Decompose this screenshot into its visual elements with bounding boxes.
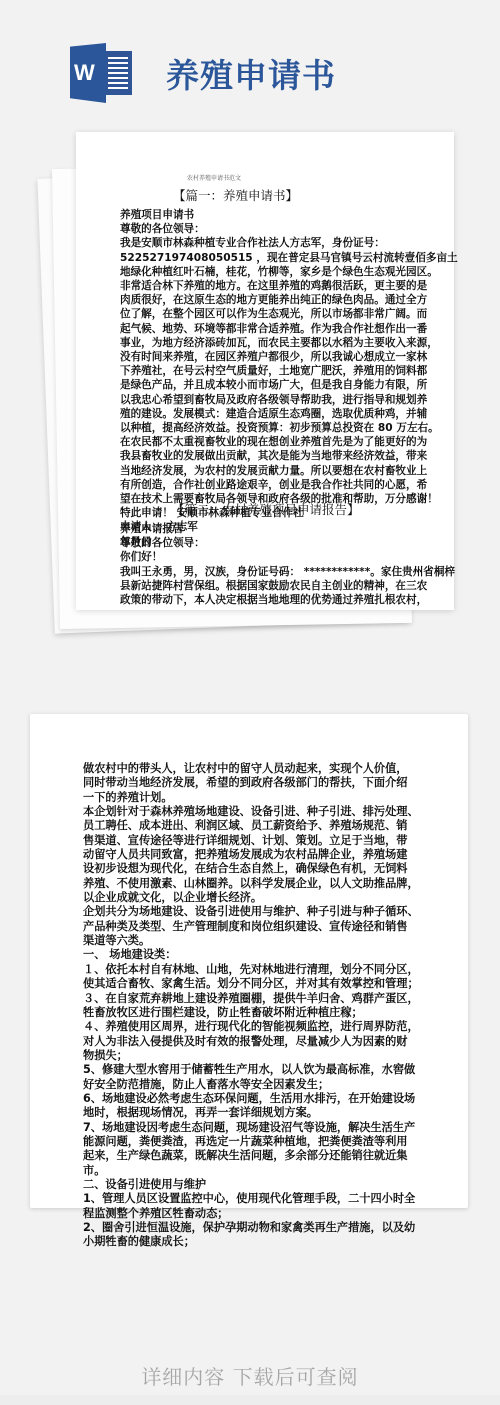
text-line: 起气候、地势、环境等都非常合适养殖。作为我合作社想作出一番 [120, 322, 458, 336]
text-line: 一下的养殖计划。 [83, 791, 419, 805]
text-line: 动留守人员共同致富，把养殖场发展成为农村品牌企业，养殖场建 [83, 848, 419, 862]
text-line: 产品种类及类型、生产管理制度和岗位组织建设、宣传途径和销售 [83, 920, 419, 934]
text-line: 你们好！ [120, 550, 455, 564]
text-line: 在农民都不太重视畜牧业的现在想创业养殖首先是为了能更好的为 [120, 435, 458, 449]
page-title: 养殖申请书 [166, 50, 336, 97]
text-line: ４、养殖使用区周界，进行现代化的智能视频监控，进行周界防范， [83, 1020, 419, 1034]
text-line: 有所创造，合作社创业路途艰辛，创业是我合作社共同的心愿，希 [120, 478, 458, 492]
text-line: 我县畜牧业的发展做出贡献，其次是能为当地带来经济效益，带来 [120, 449, 458, 463]
text-line: 一、 场地建设类： [83, 948, 419, 962]
text-line: 我叫王永勇，男，汉族，身份证号码： ************。家住贵州省桐梓 [120, 565, 455, 579]
text-line: 是绿色产品，并且成本较小而市场广大，但是我自身能力有限，所 [120, 378, 458, 392]
page2-body: 做农村中的带头人，让农村中的留守人员动起来，实现个人价值， 同时带动当地经济发展… [83, 762, 419, 1250]
word-icon-page [104, 51, 132, 95]
text-line: 7、场地建设因考虑生态问题，现场建设沼气等设施，解决生活生产 [83, 1121, 419, 1135]
text-line: 售渠道、宣传途径等进行详细规划、计划、策划。立足于当地，带 [83, 834, 419, 848]
text-line: 位了解，在整个园区可以作为生态观光，所以市场都非常广阔。而 [120, 307, 458, 321]
text-line: 能源问题，粪便粪渣，再选定一片蔬菜种植地，把粪便粪渣等利用 [83, 1135, 419, 1149]
section-title-part2: 【篇二：农村养殖项目申请报告】 [172, 500, 360, 518]
text-line: 物损失； [83, 1049, 419, 1063]
word-icon-cover: W [70, 43, 106, 103]
text-line: 肉质很好，在这原生态的地方更能养出纯正的绿色肉品。通过全方 [120, 293, 458, 307]
text-line: 二、设备引进使用与维护 [83, 1178, 419, 1192]
text-line: 程监测整个养殖区牲畜动态； [83, 1207, 419, 1221]
text-line: 殖的建设。发展模式：建造合适原生态鸡圈，选取优质种鸡，并辅 [120, 407, 458, 421]
text-line: 渠道等六类。 [83, 934, 419, 948]
text-line: 好安全防范措施，防止人畜落水等安全因素发生； [83, 1078, 419, 1092]
text-line: 牲畜放牧区进行围栏建设，防止牲畜破坏附近种植庄稼； [83, 1006, 419, 1020]
text-line: 我是安顺市林森种植专业合作社法人方志军，身份证号： [120, 236, 458, 250]
text-line: 本企划针对于森林养殖场地建设、设备引进、种子引进、排污处理、 [83, 805, 419, 819]
text-line: 设初步设想为现代化，在结合生态自然上，确保绿色有机，无饲料 [83, 862, 419, 876]
header: W 养殖申请书 [0, 0, 500, 130]
text-line: 以企业成就文化，以企业增长经济。 [83, 891, 419, 905]
text-line: 6、场地建设必然考虑生态环保问题，生活用水排污，在开始建设场 [83, 1092, 419, 1106]
text-line: 1、管理人员区设置监控中心，使用现代化管理手段，二十四小时全 [83, 1192, 419, 1206]
text-line: 2、圈舍引进恒温设施，保护孕期动物和家禽类再生产措施，以及幼 [83, 1221, 419, 1235]
text-line: 员工聘任、成本进出、利润区域、员工薪资给予、养殖场规范、销 [83, 819, 419, 833]
word-document-icon: W [70, 43, 132, 103]
part2-body: 养殖申请报告 尊敬的各位领导： 你们好！ 我叫王永勇，男，汉族，身份证号码： *… [120, 522, 455, 607]
text-line: 养殖申请报告 [120, 522, 455, 536]
text-line: 同时带动当地经济发展，希望的到政府各级部门的帮扶，下面介绍 [83, 776, 419, 790]
bottom-edge [0, 1395, 500, 1405]
text-line: １、依托本村自有林地、山地，先对林地进行清理，划分不同分区， [83, 963, 419, 977]
text-line: 养殖项目申请书 [120, 208, 458, 222]
running-header: 农村养殖申请书范文 [187, 173, 241, 182]
text-line: 非常适合林下养殖的地方。在这里养殖的鸡鹅很活跃，更主要的是 [120, 279, 458, 293]
text-line: 做农村中的带头人，让农村中的留守人员动起来，实现个人价值， [83, 762, 419, 776]
text-line: 以我忠心希望到畜牧局及政府各级领导帮助我，进行指导和规划养 [120, 393, 458, 407]
text-line: 地时，根据现场情况，再弄一套详细规划方案。 [83, 1106, 419, 1120]
text-line: 地绿化种植红叶石楠，桂花，竹柳等，家乡是个绿色生态观光园区。 [120, 265, 458, 279]
text-line: 使其适合畜牧、家禽生活。划分不同分区，并对其有效掌控和管理； [83, 977, 419, 991]
text-line: 养殖、不使用激素、山林圈养。以科学发展企业，以人文助推品牌， [83, 877, 419, 891]
part1-body: 养殖项目申请书 尊敬的各位领导： 我是安顺市林森种植专业合作社法人方志军，身份证… [120, 208, 458, 549]
text-line: 没有时间来养殖，在园区养殖户都很少，所以我诚心想成立一家林 [120, 350, 458, 364]
text-line: 522527197408050515 ，现在普定县马官镇号云村流转壹佰多亩土 [120, 251, 458, 265]
text-line: 对人为非法入侵提供及时有效的报警处理，尽量减少人为因素的财 [83, 1035, 419, 1049]
text-line: 尊敬的各位领导： [120, 536, 455, 550]
text-line: 政策的带动下，本人决定根据当地地理的优势通过养殖扎根农村， [120, 593, 455, 607]
text-line: 市。 [83, 1164, 419, 1178]
text-line: 下养殖社，在号云村空气质量好，土地宽广肥沃，养殖用的饲料都 [120, 364, 458, 378]
text-line: 事业，为地方经济添砖加瓦，而农民主要都以水稻为主要收入来源， [120, 336, 458, 350]
text-line: ３、在自家荒弃耕地上建设养殖圈棚，提供牛羊归舍、鸡群产蛋区， [83, 992, 419, 1006]
text-line: 企划共分为场地建设、设备引进使用与维护、种子引进与种子循环、 [83, 905, 419, 919]
text-line: 起来，生产绿色蔬菜，既解决生活问题，多余部分还能销往就近集 [83, 1149, 419, 1163]
word-icon-letter: W [74, 60, 95, 86]
download-hint: 详细内容 下载后可查阅 [0, 1361, 500, 1390]
text-line: 尊敬的各位领导： [120, 222, 458, 236]
text-line: 5、修建大型水窖用于储蓄牲生产用水，以人饮为最高标准，水窖做 [83, 1063, 419, 1077]
text-line: 以种植，提高经济效益。投资预算：初步预算总投资在 80 万左右。 [120, 421, 458, 435]
text-line: 当地经济发展，为农村的发展贡献力量。所以要想在农村畜牧业上 [120, 464, 458, 478]
section-title-part1: 【篇一：养殖申请书】 [173, 186, 298, 204]
text-line: 县新站捷阵村营保组。根据国家鼓励农民自主创业的精神，在三农 [120, 579, 455, 593]
text-line: 小期牲畜的健康成长； [83, 1235, 419, 1249]
